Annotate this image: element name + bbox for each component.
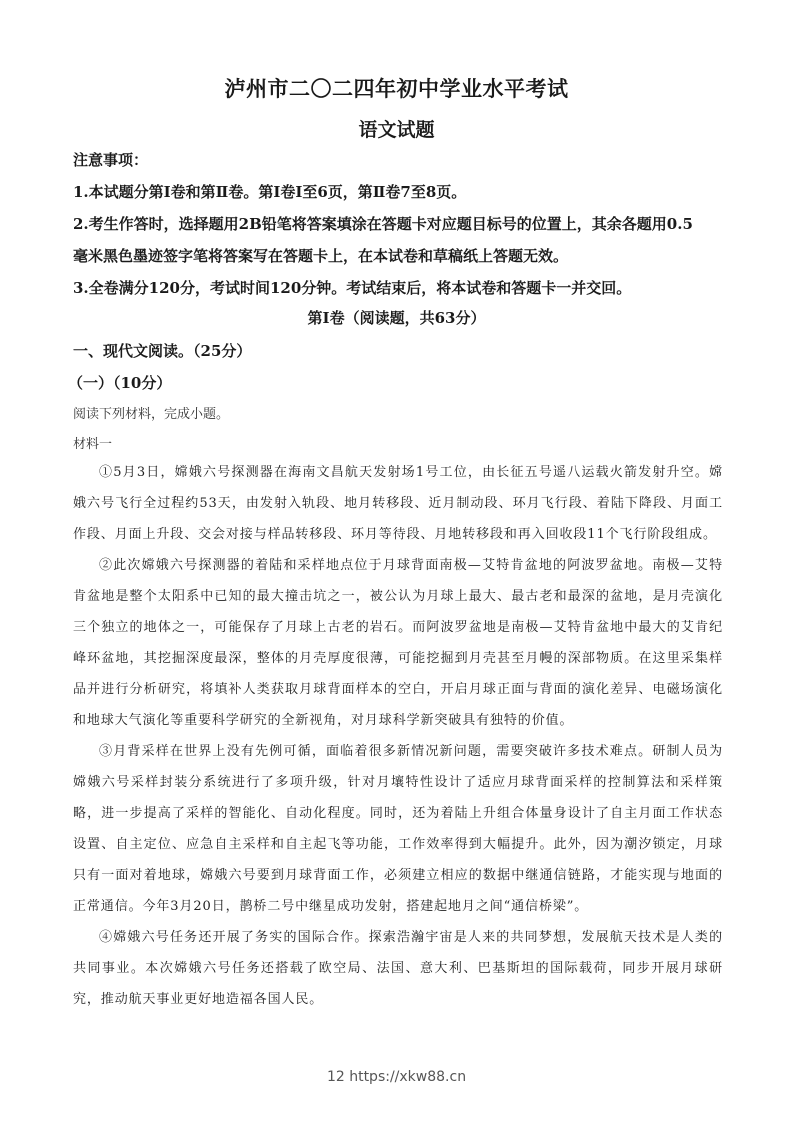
notice-item-2: 2.考生作答时，选择题用2B铅笔将答案填涂在答题卡对应题目标号的位置上，其余各题…	[73, 213, 693, 234]
material-label: 材料一	[73, 433, 112, 452]
notice-item-1: 1.本试题分第Ⅰ卷和第Ⅱ卷。第Ⅰ卷Ⅰ至6页，第Ⅱ卷7至8页。	[73, 181, 466, 202]
notice-item-2-cont: 毫米黑色墨迹签字笔将答案写在答题卡上，在本试卷和草稿纸上答题无效。	[73, 245, 568, 266]
page-footer: 12 https://xkw88.cn	[0, 1069, 793, 1085]
volume-heading: 第Ⅰ卷（阅读题，共63分）	[0, 307, 793, 328]
paragraph-2: ②此次嫦娥六号探测器的着陆和采样地点位于月球背面南极—艾特肯盆地的阿波罗盆地。南…	[73, 550, 723, 736]
notice-item-3: 3.全卷满分120分，考试时间120分钟。考试结束后，将本试卷和答题卡一并交回。	[73, 277, 631, 298]
paragraph-3: ③月背采样在世界上没有先例可循，面临着很多新情况新问题，需要突破许多技术难点。研…	[73, 736, 723, 922]
subsection-heading: （一）（10分）	[68, 372, 171, 393]
instruction-text: 阅读下列材料，完成小题。	[73, 403, 229, 422]
exam-title: 泸州市二〇二四年初中学业水平考试	[0, 73, 793, 103]
paragraph-4: ④嫦娥六号任务还开展了务实的国际合作。探索浩瀚宇宙是人来的共同梦想，发展航天技术…	[73, 922, 723, 1015]
paragraph-1: ①5月3日，嫦娥六号探测器在海南文昌航天发射场1号工位，由长征五号遥八运载火箭发…	[73, 457, 723, 550]
notice-heading: 注意事项：	[73, 149, 148, 170]
exam-subtitle: 语文试题	[0, 115, 793, 142]
section-heading: 一、现代文阅读。（25分）	[73, 340, 251, 361]
exam-page: 泸州市二〇二四年初中学业水平考试 语文试题 注意事项： 1.本试题分第Ⅰ卷和第Ⅱ…	[0, 0, 793, 1122]
